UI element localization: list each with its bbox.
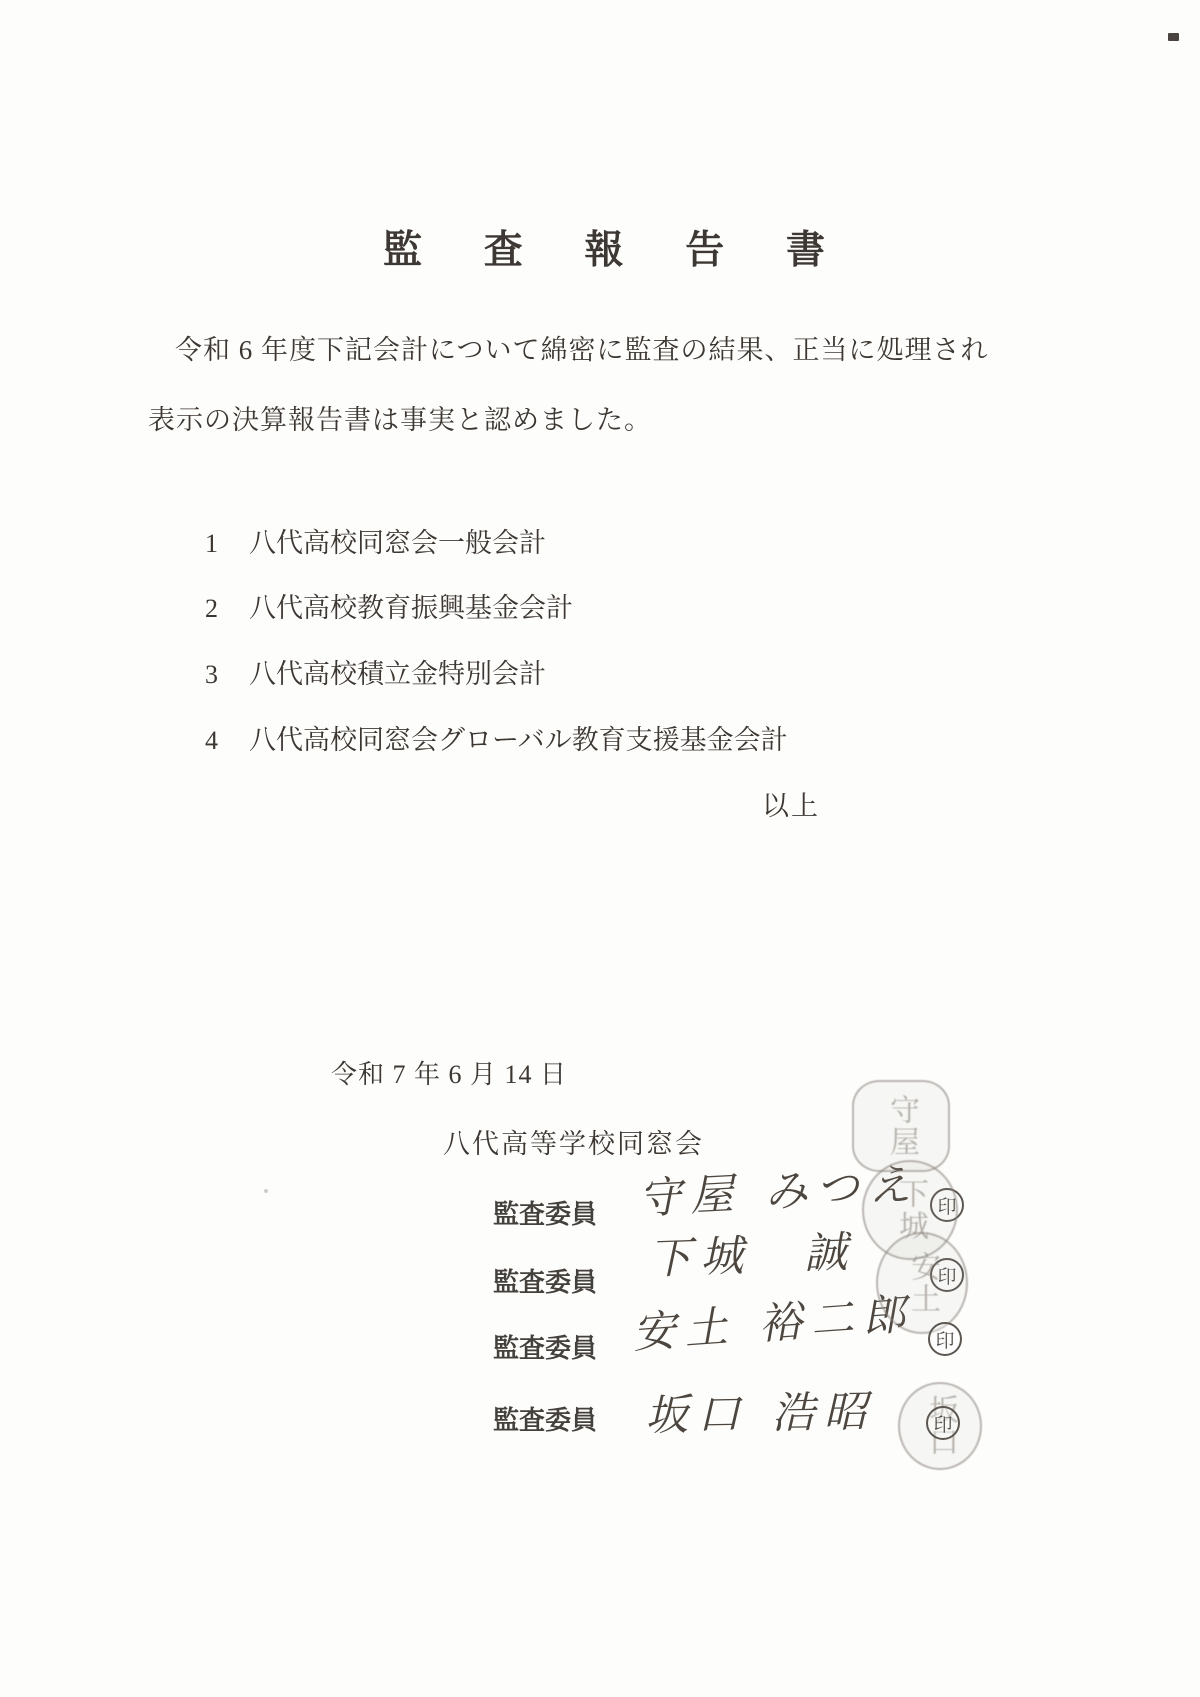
account-number: 4 [205, 726, 249, 756]
signature-handwritten: 坂口 浩昭 [644, 1378, 876, 1443]
signer-role-label: 監査委員 [493, 1194, 597, 1231]
signer-role-label: 監査委員 [493, 1400, 597, 1437]
scan-speck [264, 1189, 268, 1193]
account-number: 3 [205, 660, 249, 690]
account-list-item: 1八代高校同窓会一般会計 [205, 521, 546, 560]
closing-ijou: 以上 [762, 784, 820, 823]
audit-report-page: 監 査 報 告 書 令和 6 年度下記会計について綿密に監査の結果、正当に処理さ… [0, 0, 1200, 1697]
body-paragraph-line-2: 表示の決算報告書は事実と認めました。 [148, 398, 652, 437]
seal-impression: 安土 [876, 1232, 968, 1334]
signer-role-label: 監査委員 [493, 1262, 597, 1299]
account-list-item: 3八代高校積立金特別会計 [205, 652, 546, 691]
account-number: 2 [205, 594, 249, 624]
scan-artifact-mark [1168, 33, 1179, 41]
signer-role-label: 監査委員 [493, 1328, 597, 1365]
document-date: 令和 7 年 6 月 14 日 [331, 1054, 567, 1091]
account-name: 八代高校教育振興基金会計 [249, 593, 573, 623]
signature-handwritten: 安土 裕二郎 [630, 1280, 916, 1361]
body-paragraph-line-1: 令和 6 年度下記会計について綿密に監査の結果、正当に処理され [175, 328, 988, 367]
account-name: 八代高校積立金特別会計 [249, 659, 546, 689]
account-name: 八代高校同窓会グローバル教育支援基金会計 [249, 725, 788, 755]
seal-mark-icon: 印 [926, 1406, 960, 1440]
account-list-item: 2八代高校教育振興基金会計 [205, 586, 573, 625]
organization-name: 八代高等学校同窓会 [443, 1122, 704, 1161]
signature-handwritten: 下城 誠 [647, 1218, 857, 1286]
account-list-item: 4八代高校同窓会グローバル教育支援基金会計 [205, 718, 788, 757]
seal-impression: 守屋 [852, 1080, 950, 1172]
document-title: 監 査 報 告 書 [383, 219, 851, 275]
seal-mark-icon: 印 [928, 1322, 962, 1356]
account-name: 八代高校同窓会一般会計 [249, 528, 546, 558]
account-number: 1 [205, 529, 249, 559]
